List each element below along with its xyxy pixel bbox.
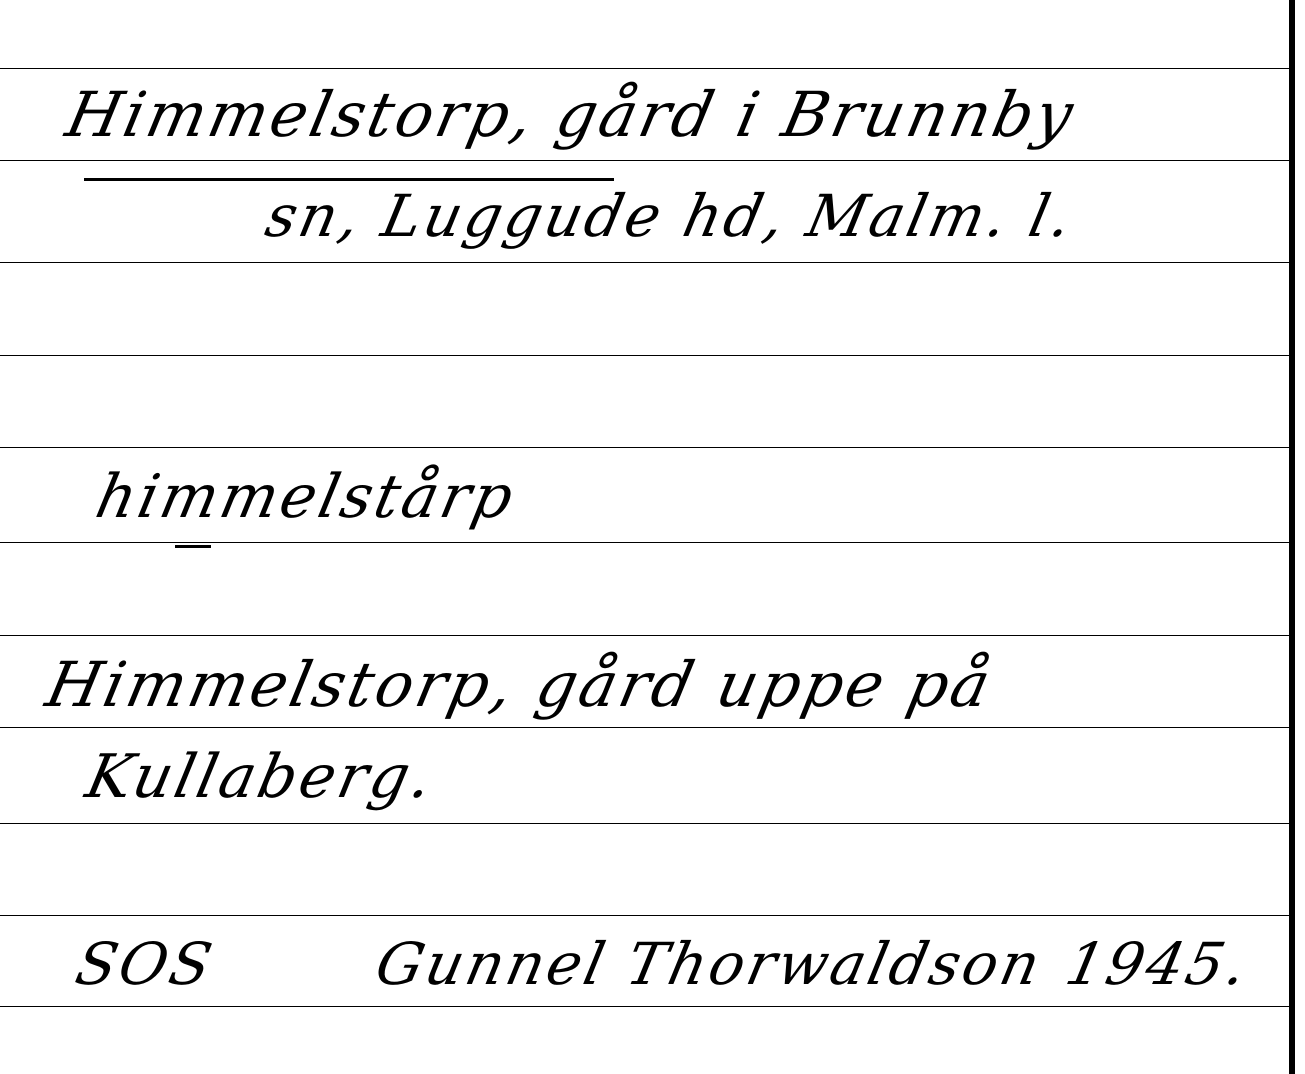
ruled-line xyxy=(0,915,1290,916)
ruled-line xyxy=(0,262,1290,263)
pronunciation: himmelstårp xyxy=(90,462,522,532)
ruled-line xyxy=(0,727,1290,728)
entry-2-line-1: Himmelstorp, gård uppe på xyxy=(40,648,999,721)
ruled-line xyxy=(0,447,1290,448)
entry-1-line-2: sn, Luggude hd, Malm. l. xyxy=(260,182,1081,250)
ruled-line xyxy=(0,542,1290,543)
source-code: SOS xyxy=(70,930,220,998)
ruled-line xyxy=(0,823,1290,824)
headword-underline xyxy=(84,178,614,181)
index-card: Himmelstorp, gård i Brunnby sn, Luggude … xyxy=(0,0,1305,1074)
collector-name: Gunnel Thorwaldson xyxy=(370,930,1049,998)
entry-2-line-2: Kullaberg. xyxy=(80,742,441,812)
ruled-line xyxy=(0,1006,1290,1007)
ruled-line xyxy=(0,68,1290,69)
card-right-edge xyxy=(1289,0,1295,1074)
ruled-line xyxy=(0,355,1290,356)
pronunciation-stress-mark xyxy=(175,545,211,548)
headword-text: Himmelstorp xyxy=(60,78,520,151)
year: 1945. xyxy=(1060,930,1256,998)
ruled-line xyxy=(0,635,1290,636)
ruled-line xyxy=(0,160,1290,161)
entry-1-line-1-rest: , gård i Brunnby xyxy=(504,78,1082,151)
headword: Himmelstorp, gård i Brunnby xyxy=(60,78,1082,151)
